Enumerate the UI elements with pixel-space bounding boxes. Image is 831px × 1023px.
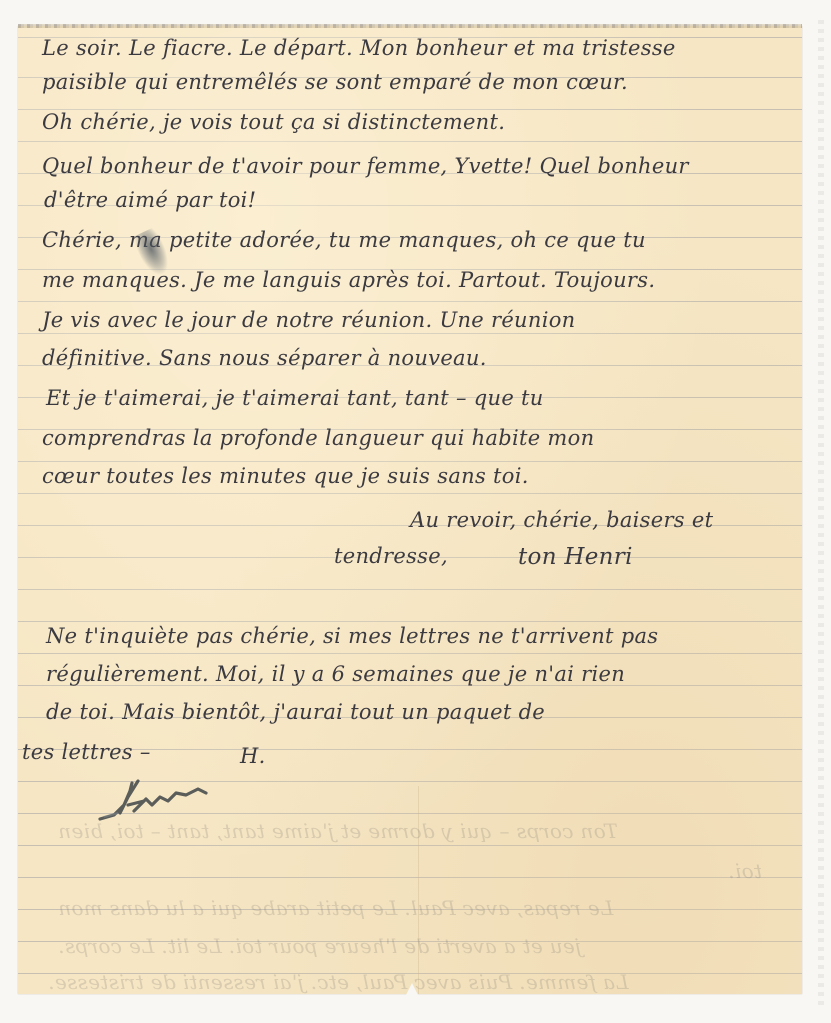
letter-line: comprendras la profonde langueur qui hab… (42, 428, 594, 449)
letter-paper: Le soir. Le fiacre. Le départ. Mon bonhe… (18, 26, 802, 994)
letter-line: Oh chérie, je vois tout ça si distinctem… (42, 112, 505, 133)
letter-line: d'être aimé par toi! (44, 190, 256, 211)
signature-henri: ton Henri (518, 546, 633, 569)
show-through-text: Le repas, avec Paul. Le petit arabe qui … (58, 898, 613, 918)
scanner-edge (818, 20, 824, 1010)
letter-line: Je vis avec le jour de notre réunion. Un… (42, 310, 576, 331)
letter-line: me manques. Je me languis après toi. Par… (42, 270, 655, 291)
paper-fold (418, 786, 419, 994)
letter-line: cœur toutes les minutes que je suis sans… (42, 466, 529, 487)
show-through-text: jeu et a averti de l'heure pour toi. Le … (58, 936, 581, 956)
letter-line: paisible qui entremêlés se sont emparé d… (42, 72, 628, 93)
letter-line: Quel bonheur de t'avoir pour femme, Yvet… (42, 156, 689, 177)
scribbled-monogram-icon (94, 775, 214, 825)
closing-tendresse: tendresse, (334, 546, 448, 567)
show-through-text: La femme. Puis avec Paul, etc. j'ai ress… (48, 972, 629, 992)
scanned-letter: Le soir. Le fiacre. Le départ. Mon bonhe… (0, 0, 831, 1023)
postscript-initial: H. (240, 746, 266, 767)
closing-line: Au revoir, chérie, baisers et (410, 510, 713, 531)
postscript-line: régulièrement. Moi, il y a 6 semaines qu… (46, 664, 625, 685)
postscript-line: tes lettres – (22, 742, 151, 763)
postscript-line: de toi. Mais bientôt, j'aurai tout un pa… (46, 702, 545, 723)
letter-line: Et je t'aimerai, je t'aimerai tant, tant… (46, 388, 544, 409)
postscript-line: Ne t'inquiète pas chérie, si mes lettres… (46, 626, 658, 647)
show-through-text: toi. (728, 861, 762, 881)
letter-line: définitive. Sans nous séparer à nouveau. (42, 348, 487, 369)
letter-line: Le soir. Le fiacre. Le départ. Mon bonhe… (42, 38, 676, 59)
